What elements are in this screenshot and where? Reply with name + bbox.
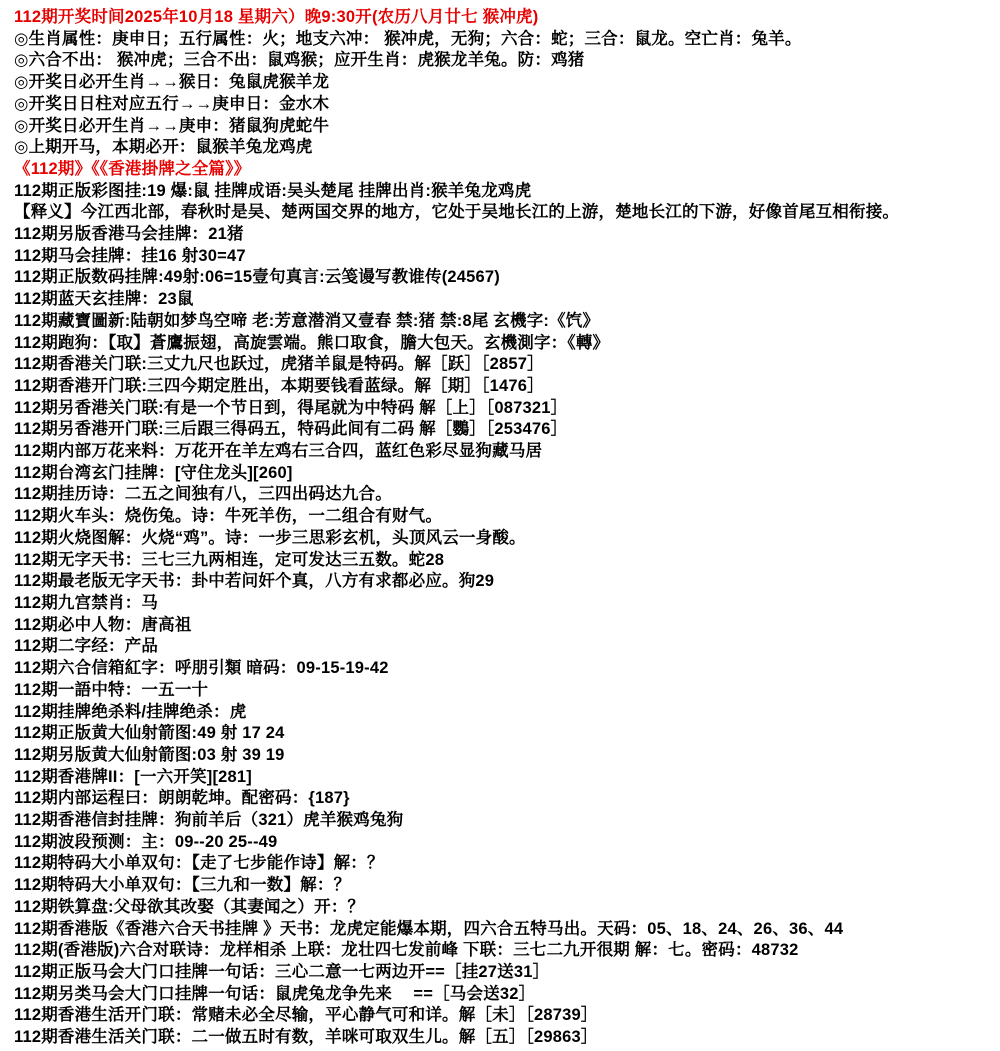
lines-container: 112期开奖时间2025年10月18 星期六）晚9:30开(农历八月廿七 猴冲虎… [14, 7, 1000, 1049]
text-line-37: 112期内部运程曰：朗朗乾坤。配密码：{187} [14, 788, 1000, 810]
text-line-15: 112期藏寶圖新:陆朝如梦鸟空啼 老:芳意潜消又壹春 禁:猪 禁:8尾 玄機字:… [14, 311, 1000, 333]
text-line-31: 112期六合信箱紅字：呼朋引類 暗码：09-15-19-42 [14, 658, 1000, 680]
lottery-tips-document: 112期开奖时间2025年10月18 星期六）晚9:30开(农历八月廿七 猴冲虎… [0, 0, 1000, 1049]
text-line-19: 112期另香港关门联:有是一个节日到，得尾就为中特码 解［上］［087321］ [14, 398, 1000, 420]
text-line-33: 112期挂牌绝杀料/挂牌绝杀：虎 [14, 702, 1000, 724]
text-line-44: 112期(香港版)六合对联诗：龙样相杀 上联：龙壮四七发前峰 下联：三七二九开很… [14, 940, 1000, 962]
text-line-41: 112期特码大小单双句：【三九和一数】解：？ [14, 875, 1000, 897]
text-line-34: 112期正版黄大仙射箭图:49 射 17 24 [14, 723, 1000, 745]
text-line-13: 112期正版数码挂牌:49射:06=15壹句真言:云笺谩写教谁传(24567) [14, 267, 1000, 289]
text-line-9: 112期正版彩图挂:19 爆:鼠 挂牌成语:吴头楚尾 挂牌出肖:猴羊兔龙鸡虎 [14, 181, 1000, 203]
text-line-7: ◎上期开马，本期必开：鼠猴羊兔龙鸡虎 [14, 137, 1000, 159]
text-line-28: 112期九宫禁肖：马 [14, 593, 1000, 615]
text-line-23: 112期挂历诗：二五之间独有八，三四出码达九合。 [14, 484, 1000, 506]
text-line-40: 112期特码大小单双句：【走了七步能作诗】解：？ [14, 853, 1000, 875]
text-line-20: 112期另香港开门联:三后跟三得码五，特码此间有二码 解［鸚］［253476］ [14, 419, 1000, 441]
text-line-6: ◎开奖日必开生肖→→庚申：猪鼠狗虎蛇牛 [14, 116, 1000, 138]
text-line-5: ◎开奖日日柱对应五行→→庚申日：金水木 [14, 94, 1000, 116]
text-line-4: ◎开奖日必开生肖→→猴日：兔鼠虎猴羊龙 [14, 72, 1000, 94]
text-line-29: 112期必中人物：唐高祖 [14, 615, 1000, 637]
text-line-16: 112期跑狗：【取】蒼鷹振翅，高旋雲端。熊口取食，膽大包天。玄機測字：《轉》 [14, 333, 1000, 355]
text-line-21: 112期内部万花来料：万花开在羊左鸡右三合四，蓝红色彩尽显狗藏马居 [14, 441, 1000, 463]
text-line-red-8: 《112期》《《香港掛牌之全篇》》 [14, 159, 1000, 181]
text-line-42: 112期铁算盘:父母欲其改娶（其妻闻之）开：？ [14, 897, 1000, 919]
text-line-11: 112期另版香港马会挂牌：21猪 [14, 224, 1000, 246]
text-line-12: 112期马会挂牌：挂16 射30=47 [14, 246, 1000, 268]
text-line-24: 112期火车头：烧伤兔。诗：牛死羊伤，一二组合有财气。 [14, 506, 1000, 528]
text-line-3: ◎六合不出： 猴冲虎；三合不出：鼠鸡猴；应开生肖：虎猴龙羊兔。防：鸡猪 [14, 50, 1000, 72]
text-line-14: 112期蓝天玄挂牌：23鼠 [14, 289, 1000, 311]
text-line-38: 112期香港信封挂牌：狗前羊后（321）虎羊猴鸡兔狗 [14, 810, 1000, 832]
text-line-39: 112期波段预测：主：09--20 25--49 [14, 832, 1000, 854]
text-line-red-1: 112期开奖时间2025年10月18 星期六）晚9:30开(农历八月廿七 猴冲虎… [14, 7, 1000, 29]
text-line-22: 112期台湾玄门挂牌：[守住龙头][260] [14, 463, 1000, 485]
text-line-47: 112期香港生活开门联：常赌未必全尽输，平心静气可和详。解［未］［28739］ [14, 1005, 1000, 1027]
text-line-43: 112期香港版《香港六合天书挂牌 》天书：龙虎定能爆本期，四六合五特马出。天码：… [14, 919, 1000, 941]
text-line-2: ◎生肖属性：庚申日；五行属性：火；地支六冲： 猴冲虎，无狗；六合：蛇；三合：鼠龙… [14, 29, 1000, 51]
text-line-36: 112期香港牌II：[一六开笑][281] [14, 767, 1000, 789]
text-line-35: 112期另版黄大仙射箭图:03 射 39 19 [14, 745, 1000, 767]
text-line-18: 112期香港开门联:三四今期定胜出，本期要钱看蓝绿。解［期］［1476］ [14, 376, 1000, 398]
text-line-30: 112期二字经：产品 [14, 636, 1000, 658]
text-line-45: 112期正版马会大门口挂牌一句话：三心二意一七两边开==［挂27送31］ [14, 962, 1000, 984]
text-line-26: 112期无字天书：三七三九两相连，定可发达三五数。蛇28 [14, 550, 1000, 572]
text-line-10: 【释义】今江西北部，春秋时是吴、楚两国交界的地方，它处于吴地长江的上游，楚地长江… [14, 202, 1000, 224]
text-line-46: 112期另类马会大门口挂牌一句话：鼠虎兔龙争先来 ==［马会送32］ [14, 984, 1000, 1006]
text-line-48: 112期香港生活关门联：二一做五时有数，羊咪可取双生儿。解［五］［29863］ [14, 1027, 1000, 1049]
text-line-17: 112期香港关门联:三丈九尺也跃过，虎猪羊鼠是特码。解［跃］［2857］ [14, 354, 1000, 376]
text-line-27: 112期最老版无字天书：卦中若问奸个真，八方有求都必应。狗29 [14, 571, 1000, 593]
text-line-25: 112期火烧图解：火烧“鸡”。诗：一步三思彩玄机，头顶风云一身酸。 [14, 528, 1000, 550]
text-line-32: 112期一語中特：一五一十 [14, 680, 1000, 702]
